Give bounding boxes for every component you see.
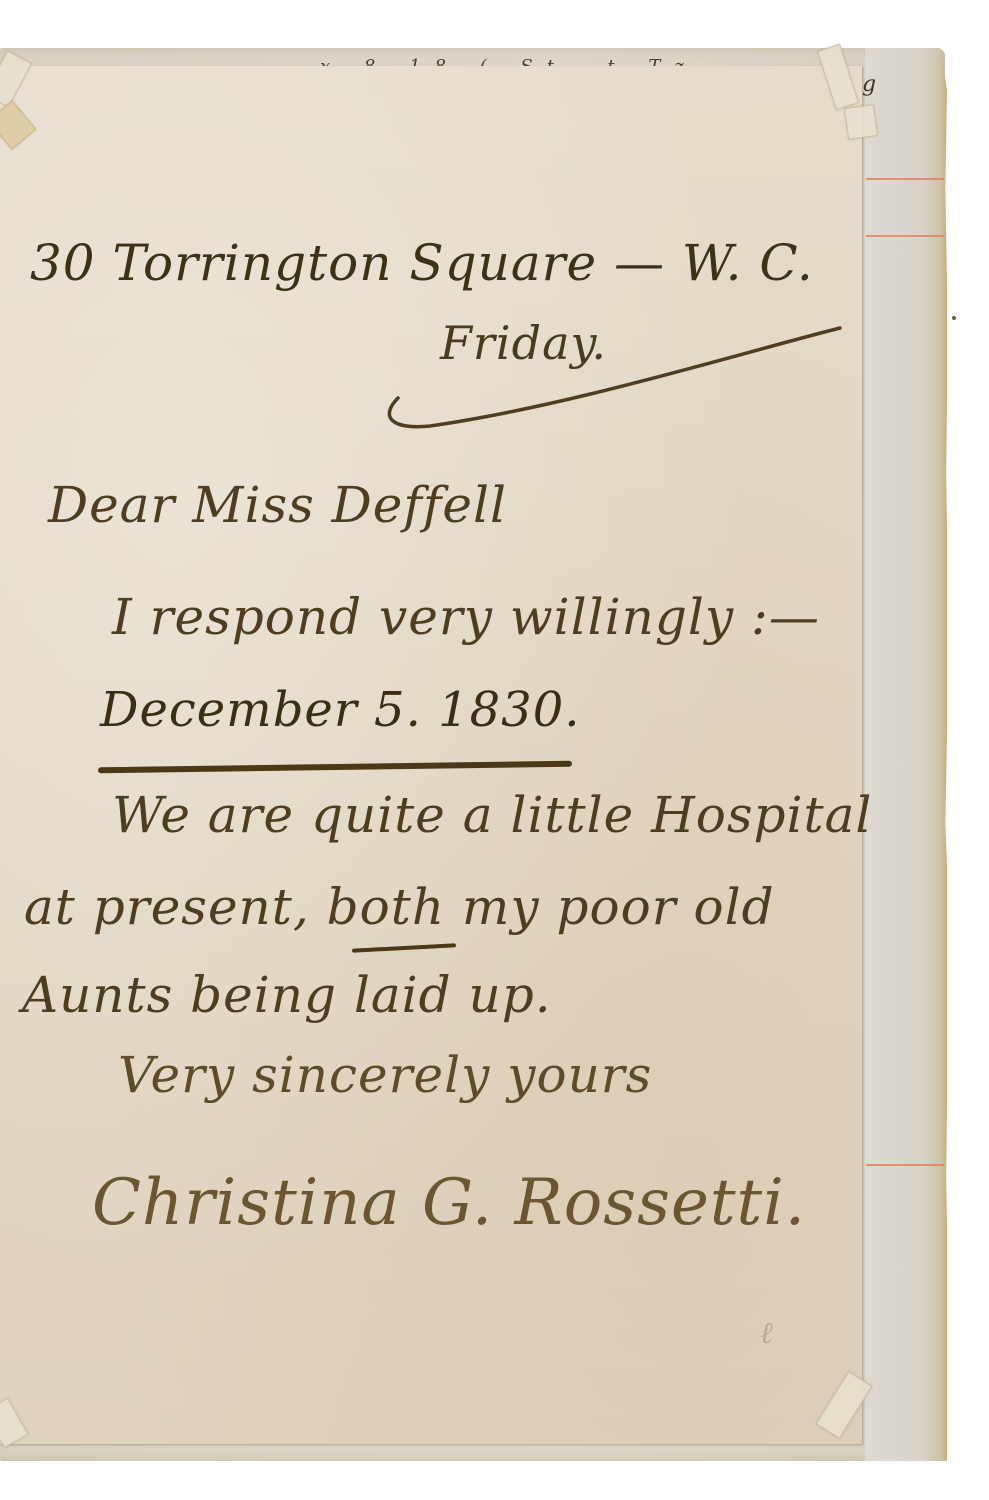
letter-date: December 5. 1830.: [100, 682, 581, 738]
backing-sheet-right-edge: [865, 48, 947, 1461]
ink-speck: [952, 316, 956, 320]
hinge-tape-bottom-left: [0, 1398, 29, 1448]
letter-salutation: Dear Miss Deffell: [48, 476, 507, 534]
both-underline: [352, 943, 456, 952]
hinge-tape-top-right-lower: [844, 104, 878, 140]
letter-body-line-4: at present, both my poor old: [24, 878, 775, 936]
letter-closing: Very sincerely yours: [118, 1046, 652, 1104]
red-ruled-line: [866, 1164, 944, 1166]
letter-body-line-1: I respond very willingly :—: [112, 588, 820, 646]
letter-sheet: 30 Torrington Square — W. C. Friday. Dea…: [0, 66, 862, 1444]
backing-sheet-partial-letter: g: [862, 72, 876, 97]
faint-pencil-mark: ℓ: [760, 1316, 773, 1351]
date-underline: [98, 761, 572, 774]
letter-address: 30 Torrington Square — W. C.: [30, 234, 814, 292]
hinge-tape-top-left-lower: [0, 100, 36, 150]
letter-signature: Christina G. Rossetti.: [92, 1166, 806, 1240]
red-ruled-line: [866, 235, 944, 237]
letter-body-line-3: We are quite a little Hospital: [112, 786, 872, 844]
red-ruled-line: [866, 178, 944, 180]
letter-body-line-5: Aunts being laid up.: [22, 966, 552, 1024]
flourish-stroke: [370, 316, 850, 426]
